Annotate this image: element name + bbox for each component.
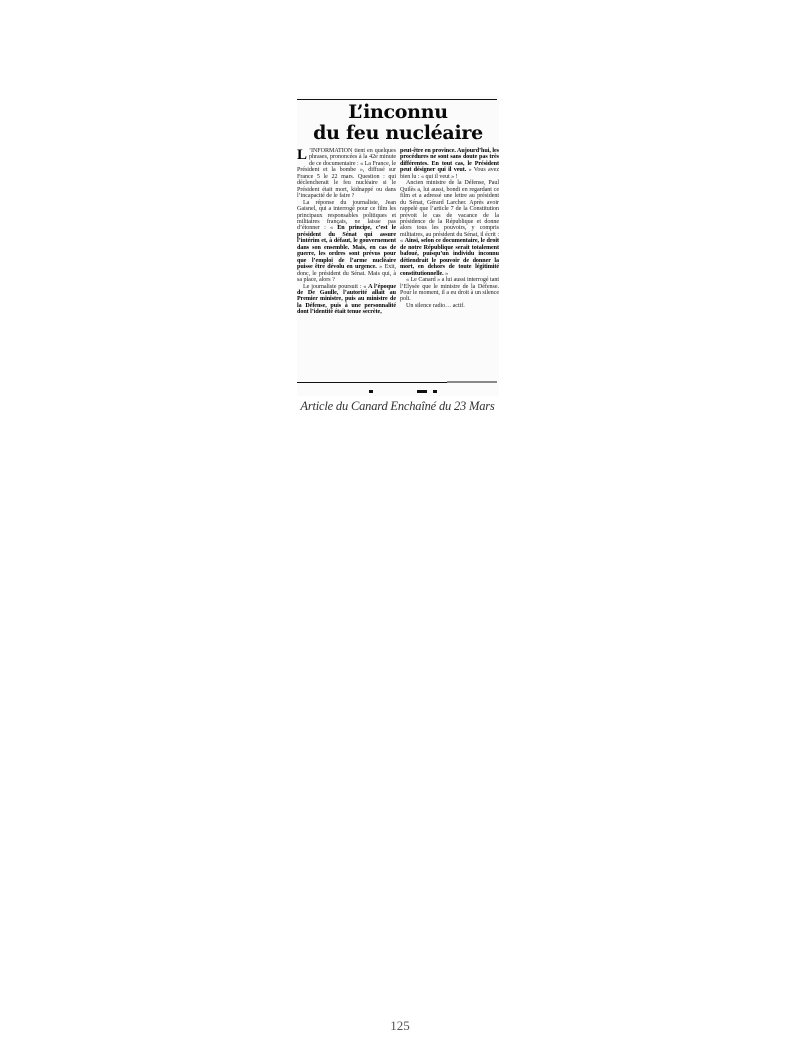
text: Ancien ministre de la Défense, Paul Quil… (400, 180, 499, 244)
paragraph: Ancien ministre de la Défense, Paul Quil… (400, 180, 499, 277)
figure-caption: Article du Canard Enchaîné du 23 Mars (290, 399, 505, 414)
top-rule (297, 99, 497, 100)
article-columns: L’INFORMATION tient en quelques phrases,… (297, 148, 499, 316)
article-headline: L’inconnu du feu nucléaire (297, 102, 499, 144)
paragraph: Le journaliste poursuit : « A l’époque d… (297, 284, 396, 316)
headline-line-2: du feu nucléaire (297, 123, 499, 144)
paragraph: L’INFORMATION tient en quelques phrases,… (297, 148, 396, 200)
headline-line-1: L’inconnu (297, 102, 499, 123)
drop-cap: L (297, 149, 307, 161)
bold-quote: Ainsi, selon ce documentaire, le droit d… (400, 238, 499, 276)
text: ’INFORMATION tient en quelques phrases, … (297, 148, 396, 199)
text: » (444, 271, 448, 277)
paragraph: La réponse du journaliste, Jean Gaisnel,… (297, 200, 396, 284)
paragraph: peut-être en province. Aujourd’hui, les … (400, 148, 499, 180)
paragraph: Un silence radio… actif. (400, 303, 499, 309)
paragraph: « Le Canard » a lui aussi interrogé tant… (400, 277, 499, 303)
newspaper-clipping: L’inconnu du feu nucléaire L’INFORMATION… (297, 96, 499, 396)
bottom-rule-shadow (447, 381, 497, 383)
text: Le journaliste poursuit : « (303, 284, 368, 290)
article-column-2: peut-être en province. Aujourd’hui, les … (400, 148, 499, 316)
article-column-1: L’INFORMATION tient en quelques phrases,… (297, 148, 396, 316)
cropped-next-headline (369, 390, 439, 394)
page-number: 125 (370, 1018, 430, 1034)
